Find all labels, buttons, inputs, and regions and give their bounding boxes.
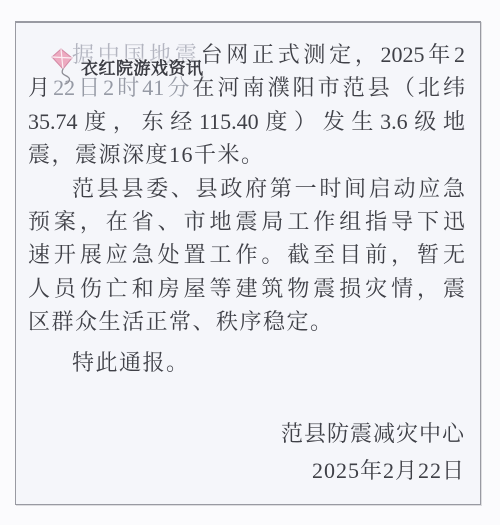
notice-line-9: 区群众生活正常、秩序稳定。 (28, 305, 465, 338)
notice-text: 月 (28, 75, 53, 100)
signature-date: 2025年2月22日 (28, 452, 465, 489)
paragraph-2: 范县县委、县政府第一时间启动应急 预案，在省、市地震局工作组指导下迅 速开展应急… (28, 172, 465, 339)
notice-line-5: 范县县委、县政府第一时间启动应急 (28, 172, 465, 205)
notice-line-1: 据中国地震台网正式测定，2025年2 (28, 38, 465, 71)
watermark-faded-text: 22日2时41分 (53, 75, 192, 100)
notice-text: 台网正式测定，2025年2 (201, 42, 465, 67)
notice-body: 据中国地震台网正式测定，2025年2 月22日2时41分在河南濮阳市范县（北纬 … (16, 23, 480, 489)
watermark-faded-text: 据中国地震 (72, 42, 201, 67)
notice-line-8: 人员伤亡和房屋等建筑物震损灾情，震 (28, 272, 465, 305)
notice-line-7: 速开展应急处置工作。截至目前，暂无 (28, 238, 465, 271)
notice-line-4: 震，震源深度16千米。 (28, 138, 465, 171)
closing-line: 特此通报。 (28, 346, 465, 379)
signature-org: 范县防震减灾中心 (28, 415, 465, 452)
notice-card: 据中国地震台网正式测定，2025年2 月22日2时41分在河南濮阳市范县（北纬 … (15, 21, 481, 505)
paragraph-1: 据中国地震台网正式测定，2025年2 月22日2时41分在河南濮阳市范县（北纬 … (28, 38, 465, 172)
notice-image: 据中国地震台网正式测定，2025年2 月22日2时41分在河南濮阳市范县（北纬 … (0, 0, 500, 525)
notice-line-6: 预案，在省、市地震局工作组指导下迅 (28, 205, 465, 238)
notice-line-2: 月22日2时41分在河南濮阳市范县（北纬 (28, 71, 465, 104)
notice-text: 在河南濮阳市范县（北纬 (192, 75, 465, 100)
notice-line-3: 35.74度，东经115.40度）发生3.6级地 (28, 105, 465, 138)
